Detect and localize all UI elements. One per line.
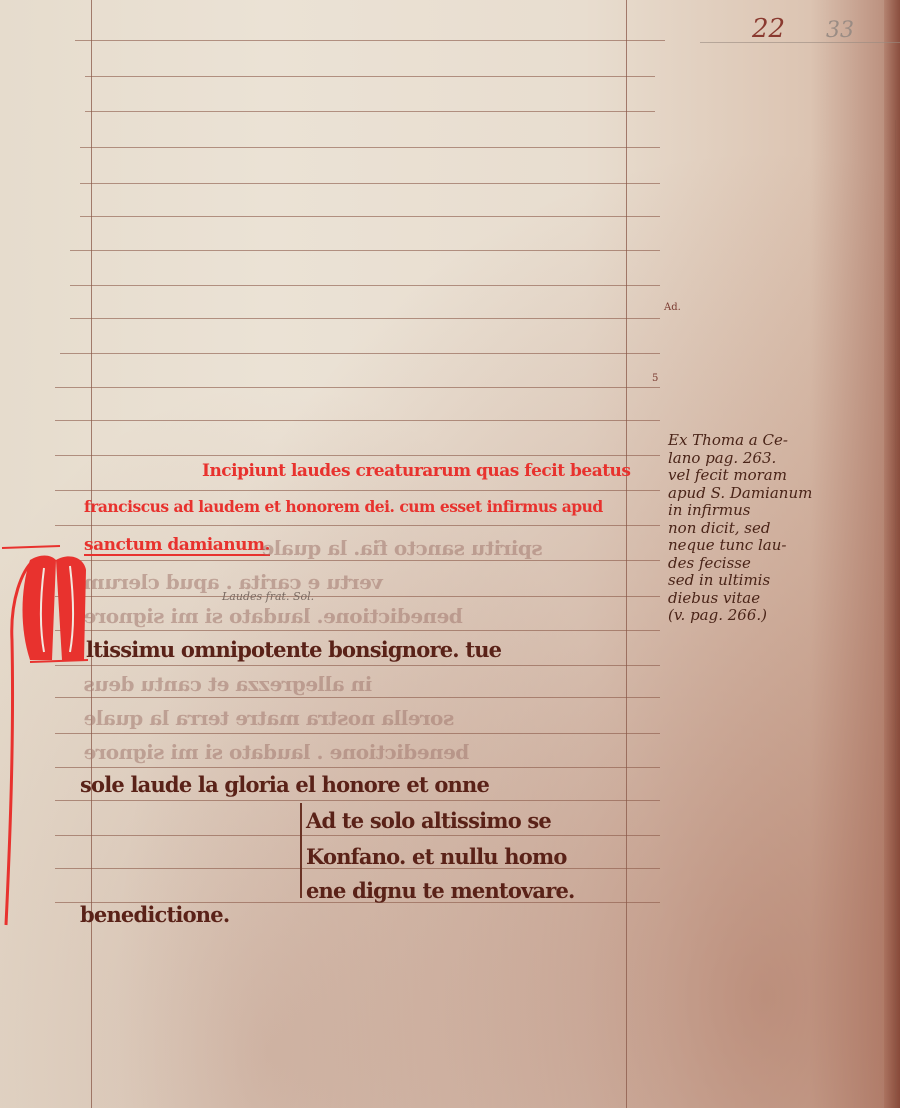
ruling-line (80, 147, 660, 148)
ruling-line (55, 733, 660, 734)
note-line: sed in ultimis (668, 572, 888, 590)
verse-bracket (300, 803, 302, 898)
ruling-line (70, 250, 660, 251)
show-through-line: benedictione. laudato si mi signore (84, 606, 463, 626)
folio-number-secondary: 33 (826, 18, 854, 43)
note-line: Ex Thoma a Ce- (668, 432, 888, 450)
outer-margin-rule (895, 120, 896, 1108)
note-line: non dicit, sed (668, 520, 888, 538)
ruling-line (70, 318, 660, 319)
folio-number-primary: 22 (752, 14, 785, 44)
note-line: neque tunc lau- (668, 537, 888, 555)
note-line: in infirmus (668, 502, 888, 520)
ruling-line (70, 285, 660, 286)
ruling-line (55, 800, 660, 801)
show-through-line: sorella nostra matre terra la quale (84, 708, 454, 728)
note-line: (v. pag. 266.) (668, 607, 888, 625)
note-line: des fecisse (668, 555, 888, 573)
canticle-line-1: ltissimu omnipotente bonsignore. tue (86, 639, 501, 660)
ruling-line (55, 630, 660, 631)
rubric-line-2: franciscus ad laudem et honorem dei. cum… (84, 499, 603, 515)
marginal-note: Ex Thoma a Ce- lano pag. 263. vel fecit … (668, 432, 888, 625)
note-line: vel fecit moram (668, 467, 888, 485)
canticle-line-6: benedictione. (80, 904, 229, 925)
rubric-line-1: Incipiunt laudes creaturarum quas fecit … (202, 463, 631, 480)
ruling-line (75, 40, 665, 41)
ruling-line (80, 183, 660, 184)
interlinear-gloss: Laudes frat. Sol. (222, 590, 314, 603)
ruling-line (60, 353, 660, 354)
ruling-line (55, 525, 660, 526)
ruling-line (85, 111, 655, 112)
rubric-line-3: sanctum damianum. (84, 537, 270, 556)
margin-mark-upper: Ad. (664, 302, 681, 313)
right-margin-rule (626, 0, 627, 1108)
canticle-line-5: ene dignu te mentovare. (306, 880, 575, 901)
canticle-line-3: Ad te solo altissimo se (306, 810, 551, 831)
show-through-line: benedictione . laudato si mi signore (84, 742, 469, 762)
decorated-initial-icon (0, 540, 100, 930)
ruling-line (55, 596, 660, 597)
ruling-line (55, 767, 660, 768)
note-line: lano pag. 263. (668, 450, 888, 468)
show-through-line: spiritu sancto fia. la quale (262, 538, 543, 558)
show-through-line: in allegrezza et cantu deus (84, 674, 372, 694)
canticle-line-2: sole laude la gloria el honore et onne (80, 774, 489, 795)
ruling-line (55, 420, 660, 421)
folio-underline (700, 42, 900, 43)
note-line: diebus vitae (668, 590, 888, 608)
ruling-line (55, 560, 660, 561)
show-through-line: vertu e carita . apud clerum (84, 572, 383, 592)
ruling-line (55, 697, 660, 698)
canticle-line-4: Konfano. et nullu homo (306, 846, 567, 867)
note-line: apud S. Damianum (668, 485, 888, 503)
ruling-line (55, 665, 660, 666)
manuscript-page: 22 33 Ad. 5 Incipiunt laudes (0, 0, 900, 1108)
ruling-line (55, 835, 660, 836)
margin-mark-lower: 5 (652, 373, 658, 384)
ruling-line (85, 76, 655, 77)
ruling-line (55, 387, 660, 388)
ruling-line (80, 216, 660, 217)
ruling-line (55, 455, 660, 456)
ruling-line (55, 490, 660, 491)
